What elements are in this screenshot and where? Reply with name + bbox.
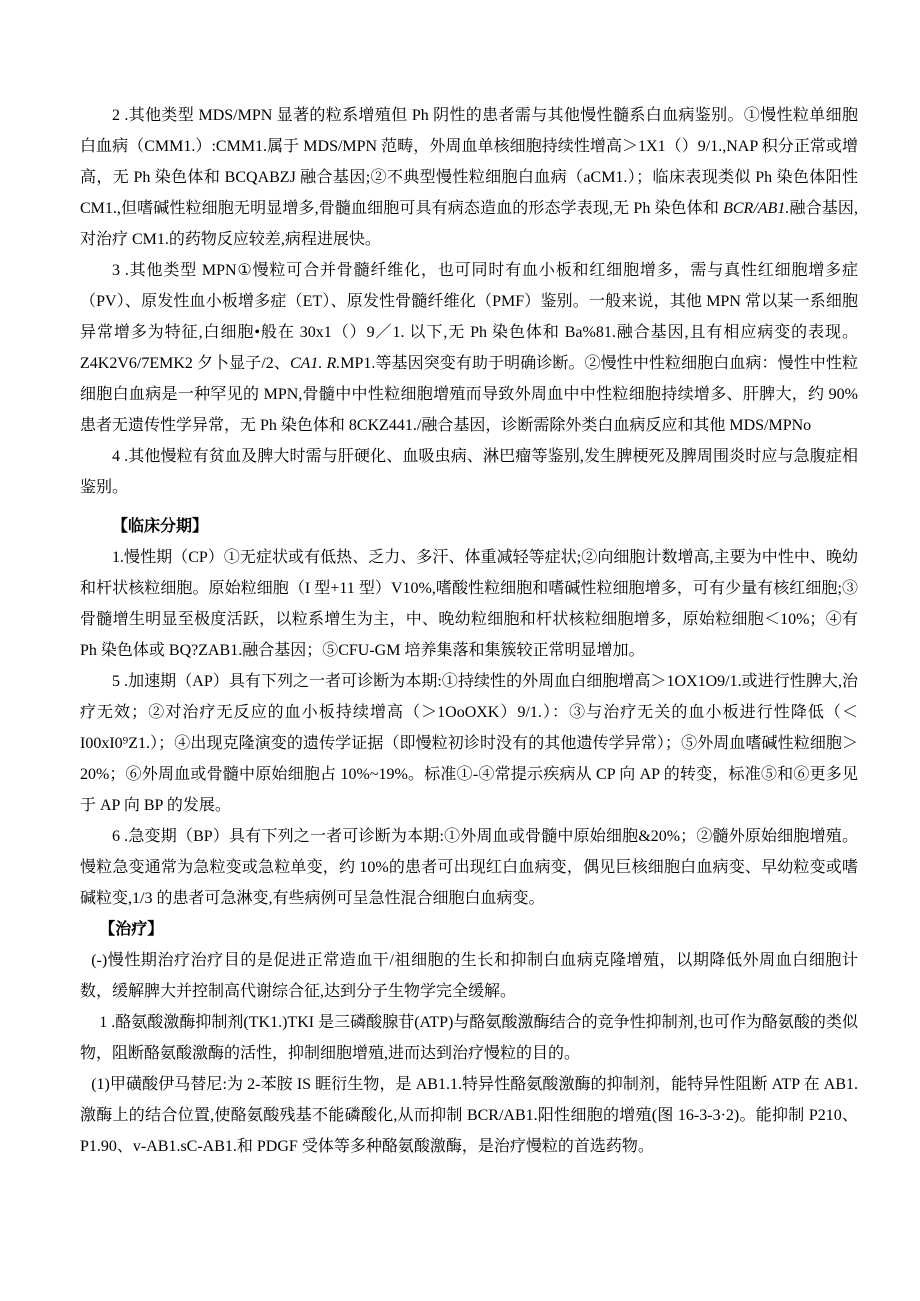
document-page: 2 .其他类型 MDS/MPN 显著的粒系增殖但 Ph 阴性的患者需与其他慢性髓… — [0, 0, 920, 1301]
heading-treatment: 【治疗】 — [80, 914, 858, 945]
para-blast-phase: 6 .急变期（BP）具有下列之一者可诊断为本期:①外周血或骨髓中原始细胞&20%… — [80, 821, 858, 914]
italic-text-run: CA1. R. — [290, 355, 340, 372]
text-run: 5 .加速期（AP）具有下列之一者可诊断为本期:①持续性的外周血白细胞增高＞1O… — [80, 673, 858, 814]
para-mds-mpn-differential: 2 .其他类型 MDS/MPN 显著的粒系增殖但 Ph 阴性的患者需与其他慢性髓… — [80, 100, 858, 255]
para-chronic-phase-treatment-goal: (-)慢性期治疗治疗目的是促进正常造血干/祖细胞的生长和抑制白血病克隆增殖，以期… — [80, 945, 858, 1007]
text-run: (-)慢性期治疗治疗目的是促进正常造血干/祖细胞的生长和抑制白血病克隆增殖，以期… — [80, 952, 858, 1000]
para-mpn-differential: 3 .其他类型 MPN①慢粒可合并骨髓纤维化，也可同时有血小板和红细胞增多，需与… — [80, 255, 858, 441]
text-run: (1)甲磺酸伊马替尼:为 2-苯胺 IS 睚衍生物，是 AB1.1.特异性酪氨酸… — [80, 1076, 858, 1155]
text-run: 4 .其他慢粒有贫血及脾大时需与肝硬化、血吸虫病、淋巴瘤等鉴别,发生脾梗死及脾周… — [80, 448, 858, 496]
text-run: 【治疗】 — [99, 921, 163, 938]
para-tki: 1 .酪氨酸激酶抑制剂(TK1.)TKI 是三磷酸腺苷(ATP)与酪氨酸激酶结合… — [80, 1007, 858, 1069]
para-chronic-phase: 1.慢性期（CP）①无症状或有低热、乏力、多汗、体重减轻等症状;②向细胞计数增高… — [80, 542, 858, 666]
heading-clinical-staging: 【临床分期】 — [80, 511, 858, 542]
italic-text-run: BCR/AB1. — [723, 200, 789, 217]
para-other-differential: 4 .其他慢粒有贫血及脾大时需与肝硬化、血吸虫病、淋巴瘤等鉴别,发生脾梗死及脾周… — [80, 441, 858, 503]
para-accelerated-phase: 5 .加速期（AP）具有下列之一者可诊断为本期:①持续性的外周血白细胞增高＞1O… — [80, 666, 858, 821]
document-body: 2 .其他类型 MDS/MPN 显著的粒系增殖但 Ph 阴性的患者需与其他慢性髓… — [80, 100, 858, 1162]
text-run: 6 .急变期（BP）具有下列之一者可诊断为本期:①外周血或骨髓中原始细胞&20%… — [80, 828, 858, 907]
text-run: 1.慢性期（CP）①无症状或有低热、乏力、多汗、体重减轻等症状;②向细胞计数增高… — [80, 549, 858, 659]
text-run: 1 .酪氨酸激酶抑制剂(TK1.)TKI 是三磷酸腺苷(ATP)与酪氨酸激酶结合… — [80, 1014, 858, 1062]
para-imatinib: (1)甲磺酸伊马替尼:为 2-苯胺 IS 睚衍生物，是 AB1.1.特异性酪氨酸… — [80, 1069, 858, 1162]
text-run: 【临床分期】 — [112, 518, 208, 535]
